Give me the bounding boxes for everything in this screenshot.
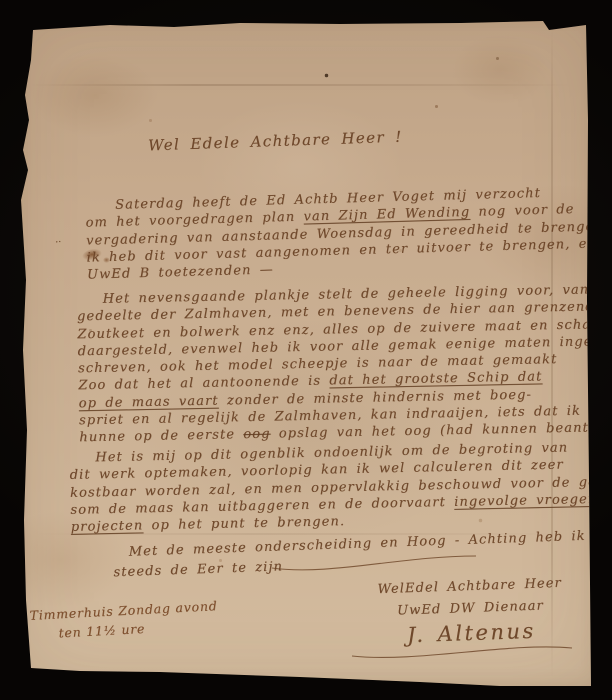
- paper-crease-horizontal: [30, 84, 575, 86]
- postscript-note: Timmerhuis Zondag avond ten 11½ ure: [29, 596, 219, 644]
- line-segment: nog voor de: [470, 202, 575, 220]
- closing-signature-block: WelEdel Achtbare Heer UwEd DW Dienaar J.…: [367, 572, 574, 647]
- underlined-phrase: op de maas vaart: [79, 393, 219, 411]
- photo-background: Wel Edele Achtbare Heer ! Saterdag heeft…: [0, 0, 612, 700]
- underlined-phrase: projecten: [71, 519, 144, 536]
- underlined-phrase: ingevolge vroegere: [454, 492, 604, 510]
- paragraph-3: Het is mij op dit ogenblik ondoenlijk om…: [69, 438, 612, 536]
- paragraph-2: Het nevensgaande plankje stelt de geheel…: [77, 281, 612, 447]
- paragraph-1: Saterdag heeft de Ed Achtb Heer Voget mi…: [85, 182, 612, 284]
- letter-paper: Wel Edele Achtbare Heer ! Saterdag heeft…: [0, 0, 612, 700]
- line-segment: hunne op de eerste: [79, 427, 243, 445]
- struck-word: oog: [243, 427, 271, 443]
- salutation: Wel Edele Achtbare Heer !: [148, 128, 403, 155]
- paper-speckles: [0, 0, 1, 1]
- signature-flourish: [348, 640, 578, 664]
- pen-swash: [270, 548, 480, 576]
- margin-ink-mark: ‥: [54, 235, 63, 246]
- line-segment: op het punt te brengen.: [143, 514, 345, 533]
